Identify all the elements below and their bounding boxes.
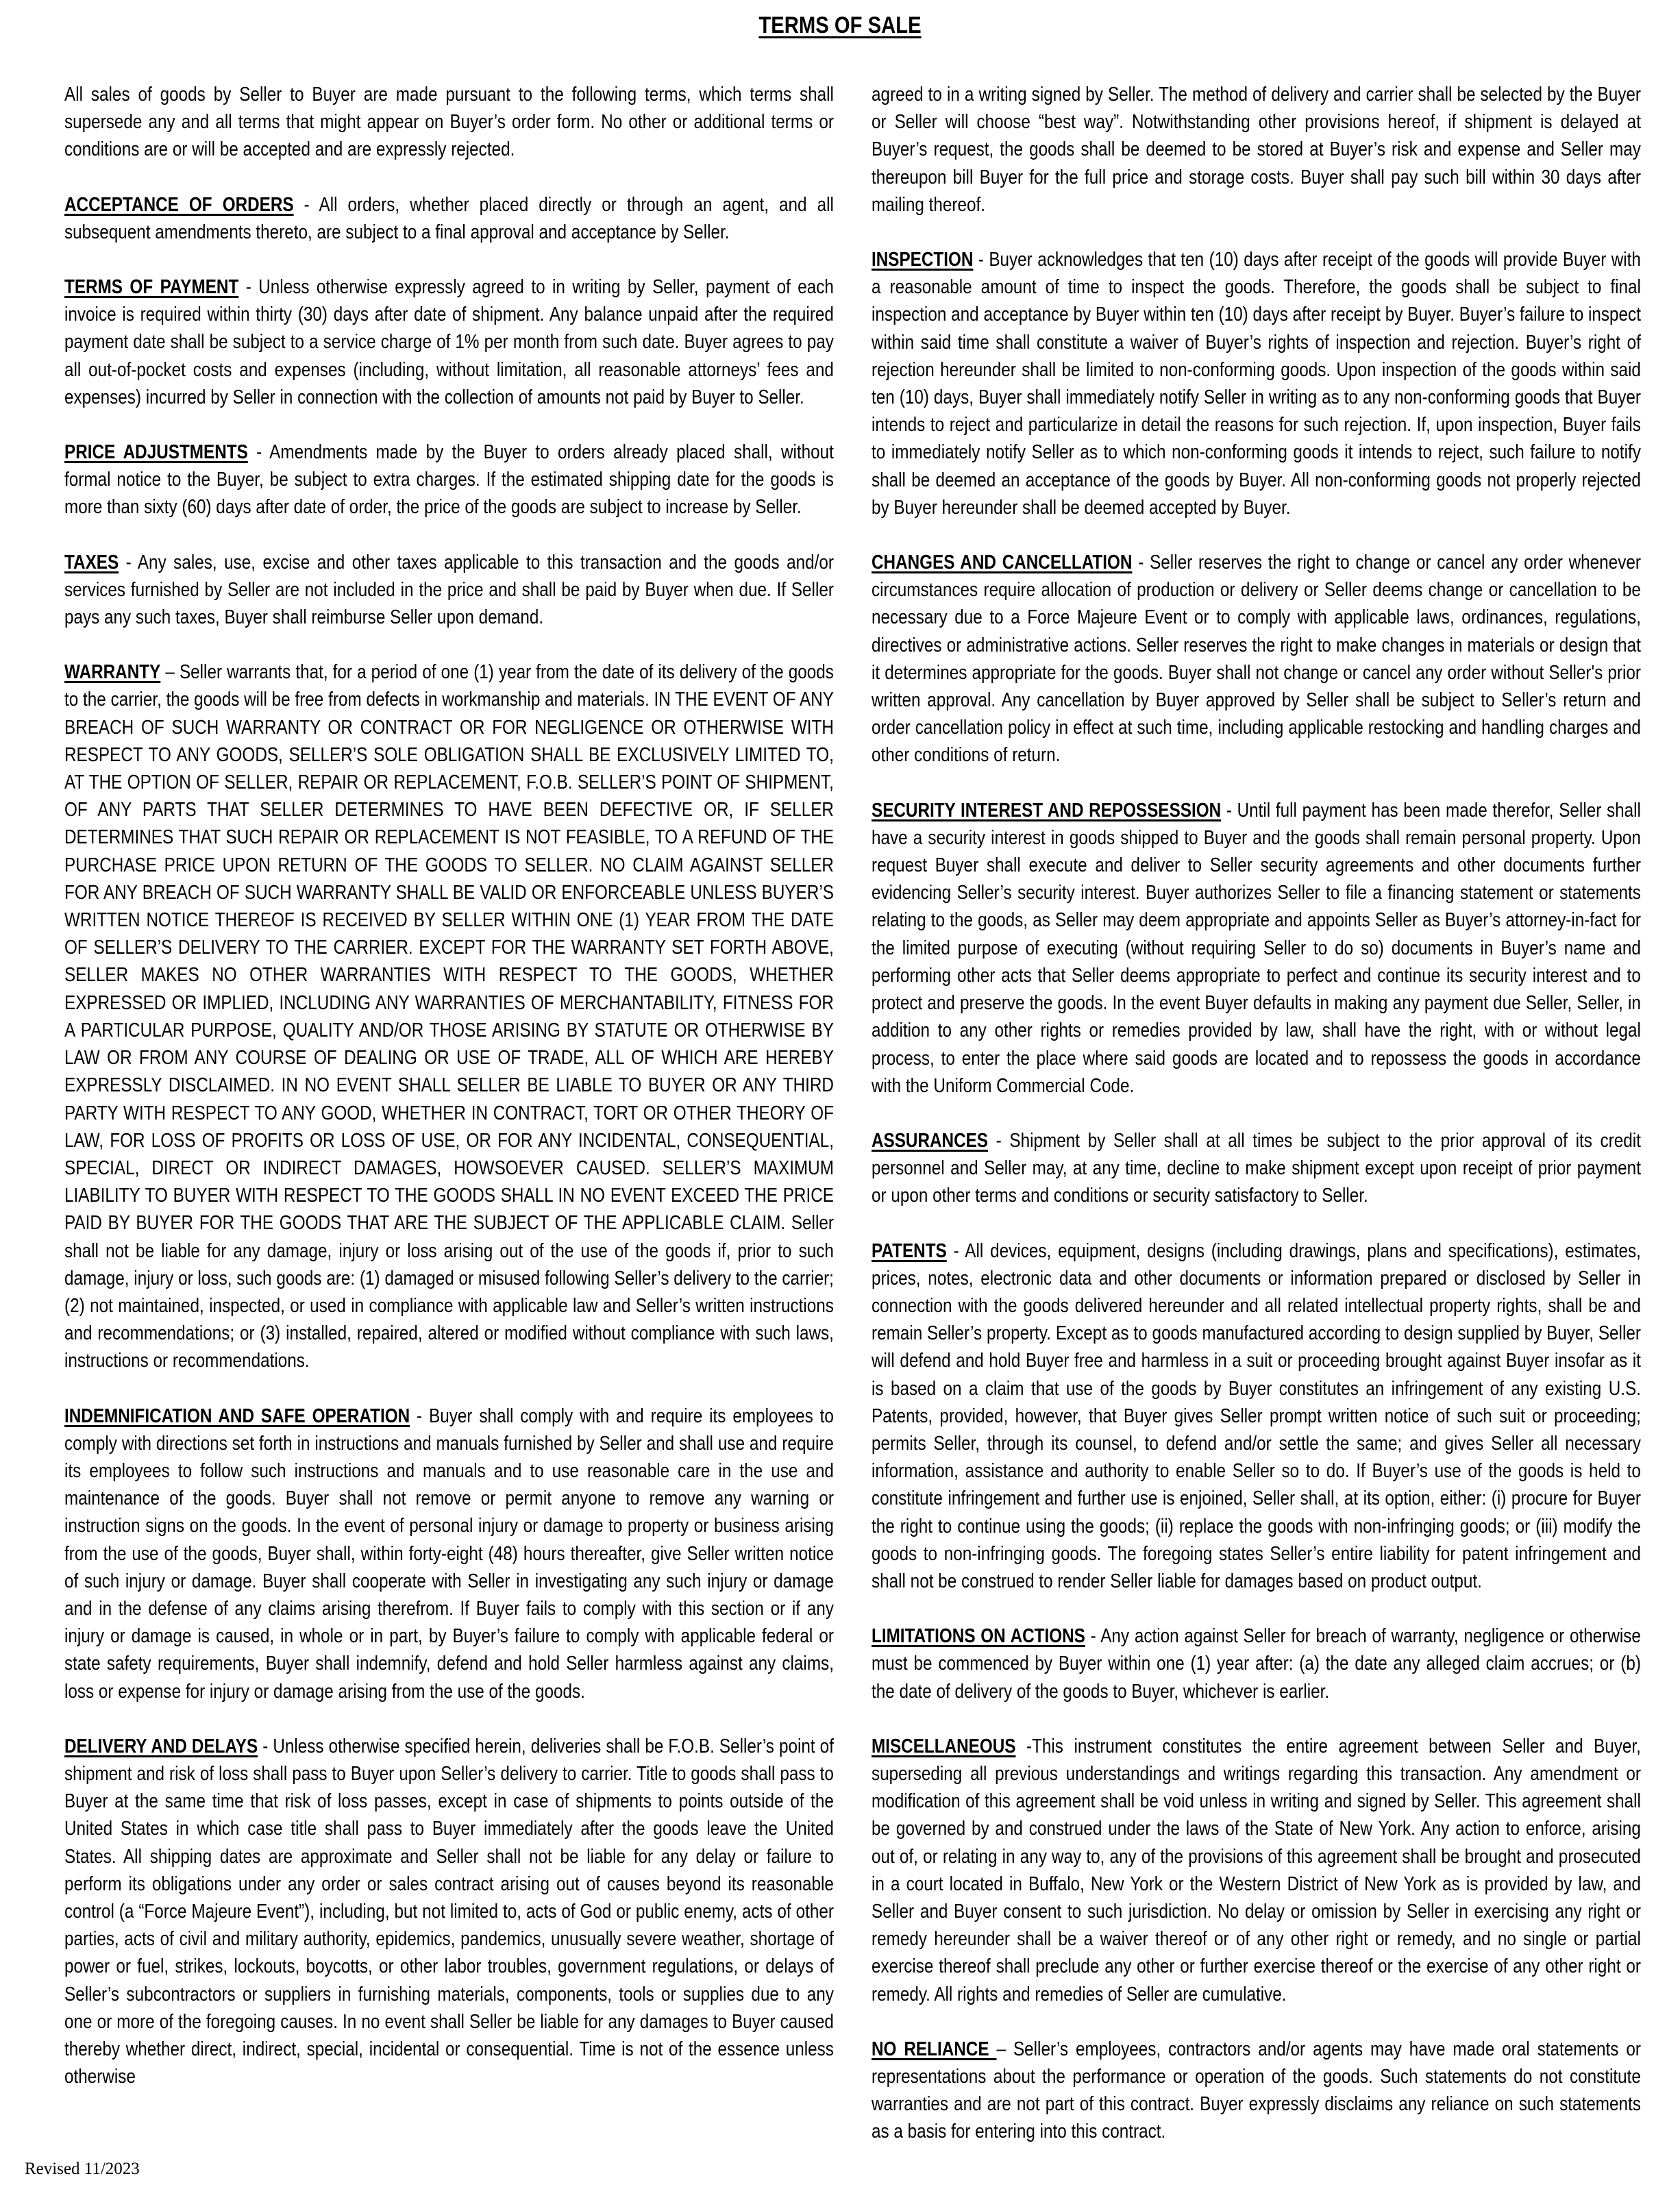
section-text: - Any sales, use, excise and other taxes… <box>64 552 834 628</box>
section-heading: PATENTS <box>872 1240 947 1262</box>
right-column: agreed to in a writing signed by Seller.… <box>872 81 1641 2173</box>
section-heading: TERMS OF PAYMENT <box>64 276 238 298</box>
section-price-adjustments: PRICE ADJUSTMENTS - Amendments made by t… <box>64 438 834 521</box>
section-delivery-and-delays: DELIVERY AND DELAYS - Unless otherwise s… <box>64 1733 834 2091</box>
section-text: -This instrument constitutes the entire … <box>872 1735 1641 2005</box>
section-no-reliance: NO RELIANCE – Seller’s employees, contra… <box>872 2036 1641 2146</box>
section-heading: NO RELIANCE <box>872 2038 996 2060</box>
section-acceptance-of-orders: ACCEPTANCE OF ORDERS - All orders, wheth… <box>64 191 834 246</box>
section-taxes: TAXES - Any sales, use, excise and other… <box>64 549 834 632</box>
section-text: – Seller warrants that, for a period of … <box>64 661 834 1372</box>
section-heading: DELIVERY AND DELAYS <box>64 1735 258 1757</box>
section-heading: LIMITATIONS ON ACTIONS <box>872 1625 1085 1647</box>
intro-paragraph: All sales of goods by Seller to Buyer ar… <box>64 81 834 164</box>
delivery-continuation: agreed to in a writing signed by Seller.… <box>872 81 1641 219</box>
paragraph-text: All sales of goods by Seller to Buyer ar… <box>64 84 834 160</box>
section-heading: ACCEPTANCE OF ORDERS <box>64 194 294 216</box>
left-column: All sales of goods by Seller to Buyer ar… <box>64 81 834 2118</box>
section-miscellaneous: MISCELLANEOUS -This instrument constitut… <box>872 1733 1641 2008</box>
section-heading: CHANGES AND CANCELLATION <box>872 552 1132 573</box>
revision-date: Revised 11/2023 <box>25 2160 140 2179</box>
section-heading: SECURITY INTEREST AND REPOSSESSION <box>872 800 1221 821</box>
section-heading: MISCELLANEOUS <box>872 1735 1015 1757</box>
section-text: - Until full payment has been made there… <box>872 800 1641 1097</box>
section-patents: PATENTS - All devices, equipment, design… <box>872 1237 1641 1596</box>
section-heading: WARRANTY <box>64 661 160 683</box>
section-assurances: ASSURANCES - Shipment by Seller shall at… <box>872 1127 1641 1210</box>
section-heading: TAXES <box>64 552 119 573</box>
section-heading: INDEMNIFICATION AND SAFE OPERATION <box>64 1405 410 1427</box>
section-heading: PRICE ADJUSTMENTS <box>64 441 248 463</box>
paragraph-text: agreed to in a writing signed by Seller.… <box>872 84 1641 216</box>
section-warranty: WARRANTY – Seller warrants that, for a p… <box>64 658 834 1374</box>
section-changes-and-cancellation: CHANGES AND CANCELLATION - Seller reserv… <box>872 549 1641 769</box>
section-text: - Buyer shall comply with and require it… <box>64 1405 834 1703</box>
section-limitations-on-actions: LIMITATIONS ON ACTIONS - Any action agai… <box>872 1622 1641 1705</box>
section-heading: INSPECTION <box>872 249 973 271</box>
section-text: - Seller reserves the right to change or… <box>872 552 1641 766</box>
section-text: - All devices, equipment, designs (inclu… <box>872 1240 1641 1592</box>
section-indemnification: INDEMNIFICATION AND SAFE OPERATION - Buy… <box>64 1402 834 1705</box>
section-inspection: INSPECTION - Buyer acknowledges that ten… <box>872 246 1641 521</box>
section-text: - Buyer acknowledges that ten (10) days … <box>872 249 1641 519</box>
document-title: TERMS OF SALE <box>118 12 1563 39</box>
section-security-interest: SECURITY INTEREST AND REPOSSESSION - Unt… <box>872 797 1641 1100</box>
section-terms-of-payment: TERMS OF PAYMENT - Unless otherwise expr… <box>64 273 834 411</box>
section-text: - Unless otherwise specified herein, del… <box>64 1735 834 2088</box>
section-heading: ASSURANCES <box>872 1130 988 1152</box>
